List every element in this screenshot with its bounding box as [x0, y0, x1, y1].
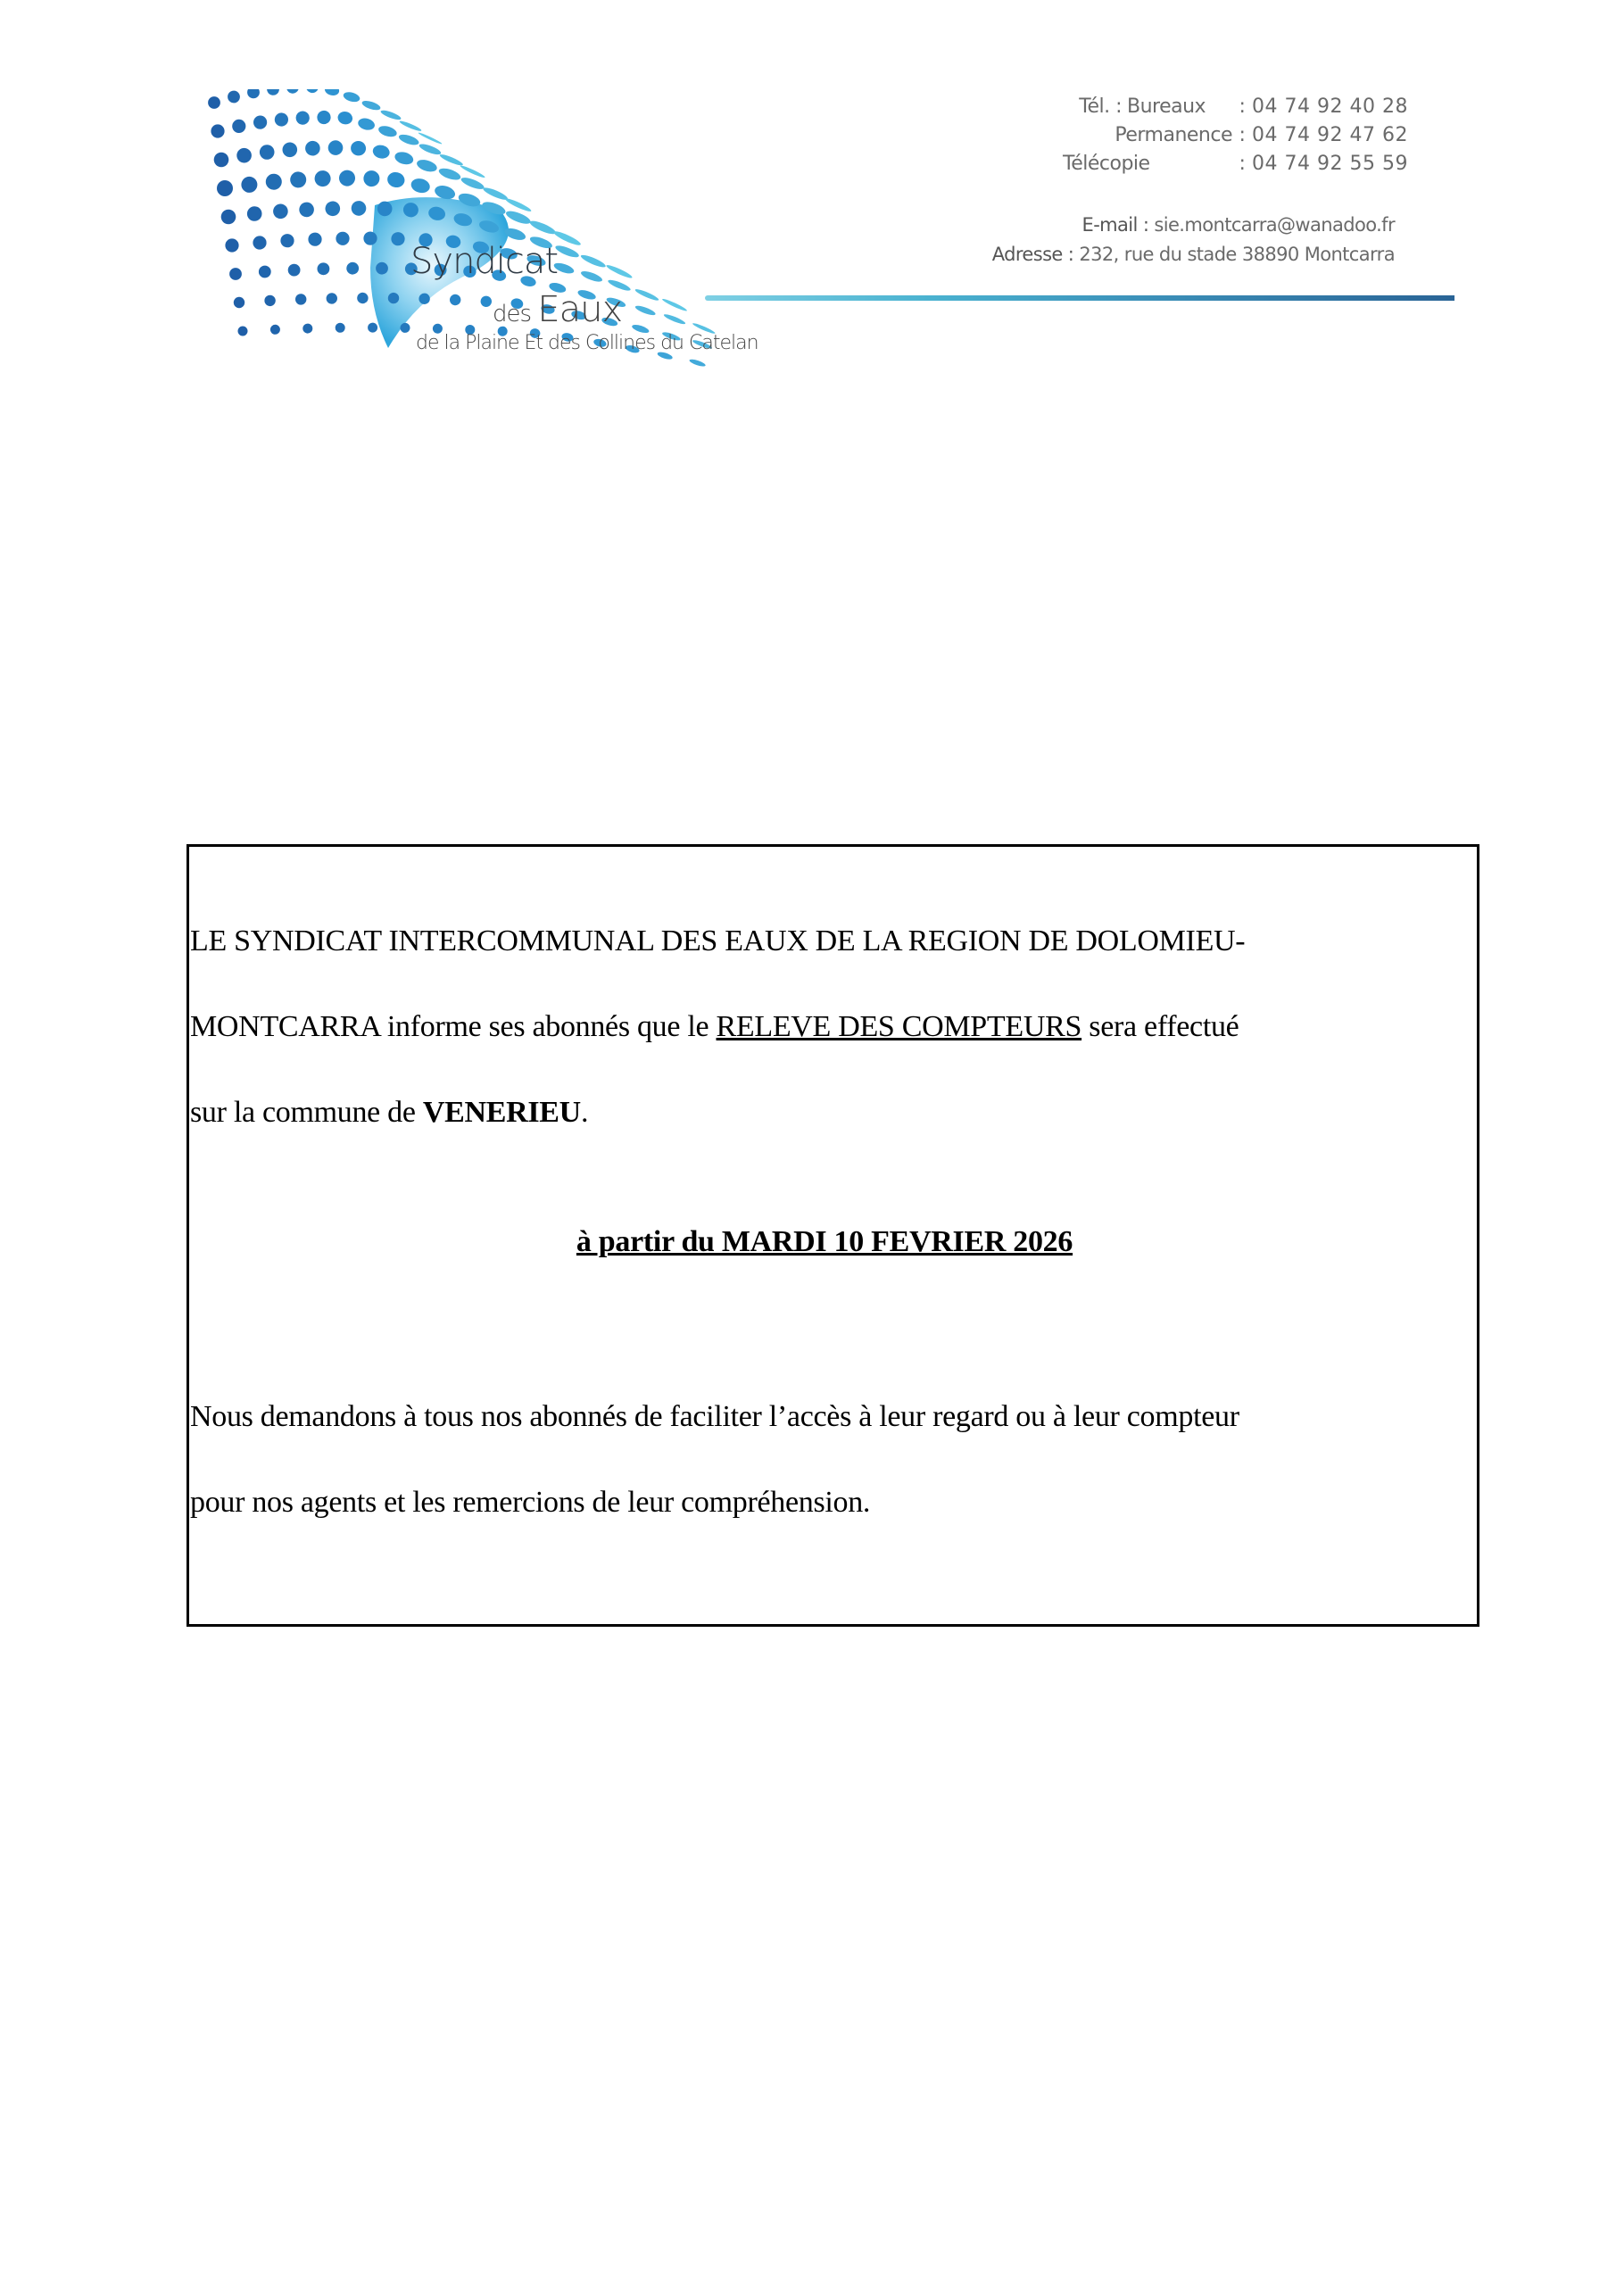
separator: : [1232, 93, 1252, 121]
contact-label: Télécopie [1063, 150, 1232, 178]
contact-value: 04 74 92 55 59 [1252, 150, 1395, 178]
header-divider [705, 295, 1454, 301]
document-page: Syndicat des Eaux de la Plaine Et des Co… [0, 0, 1616, 2296]
releve-compteurs: RELEVE DES COMPTEURS [717, 1010, 1082, 1043]
contact-phones: Tél. : Bureaux : 04 74 92 40 28 Permanen… [1063, 93, 1395, 178]
reading-date: à partir du MARDI 10 FEVRIER 2026 [0, 1225, 1616, 1259]
notice-text: . [581, 1096, 588, 1129]
contact-row-permanence: Permanence : 04 74 92 47 62 [1063, 121, 1395, 150]
syndicat-logo: Syndicat des Eaux de la Plaine Et des Co… [205, 89, 741, 393]
logo-tagline: de la Plaine Et des Collines du Catelan [416, 332, 758, 354]
tel-label: Tél. : [1079, 93, 1127, 121]
separator: : [1232, 121, 1252, 150]
notice-text: sur la commune de [190, 1096, 423, 1129]
logo-des-text: des [493, 301, 531, 327]
contact-label: Permanence [1115, 121, 1232, 150]
contact-label: Bureaux [1127, 93, 1232, 121]
contact-email-address: E-mail : sie.montcarra@wanadoo.fr Adress… [992, 211, 1395, 269]
commune-name: VENERIEU [423, 1096, 581, 1129]
email-line: E-mail : sie.montcarra@wanadoo.fr [992, 211, 1395, 240]
contact-row-telecopie: Télécopie : 04 74 92 55 59 [1063, 150, 1395, 178]
separator: : [1232, 150, 1252, 178]
contact-row-bureaux: Tél. : Bureaux : 04 74 92 40 28 [1063, 93, 1395, 121]
notice-line-1: LE SYNDICAT INTERCOMMUNAL DES EAUX DE LA… [190, 924, 1245, 958]
request-line-2: pour nos agents et les remercions de leu… [190, 1486, 870, 1520]
contact-value: 04 74 92 40 28 [1252, 93, 1395, 121]
notice-text: sera effectué [1081, 1010, 1239, 1043]
email-value[interactable]: sie.montcarra@wanadoo.fr [1154, 214, 1395, 236]
contact-value: 04 74 92 47 62 [1252, 121, 1395, 150]
address-line: Adresse : 232, rue du stade 38890 Montca… [992, 240, 1395, 269]
logo-subtitle: des Eaux [493, 289, 622, 330]
notice-text: MONTCARRA informe ses abonnés que le [190, 1010, 717, 1043]
notice-line-3: sur la commune de VENERIEU. [190, 1096, 588, 1130]
address-label: Adresse : [992, 244, 1074, 265]
logo-title: Syndicat [410, 241, 558, 282]
logo-eaux-text: Eaux [537, 289, 622, 330]
notice-line-2: MONTCARRA informe ses abonnés que le REL… [190, 1010, 1239, 1044]
request-line-1: Nous demandons à tous nos abonnés de fac… [190, 1400, 1239, 1434]
address-value: 232, rue du stade 38890 Montcarra [1079, 244, 1395, 265]
email-label: E-mail : [1082, 214, 1149, 236]
